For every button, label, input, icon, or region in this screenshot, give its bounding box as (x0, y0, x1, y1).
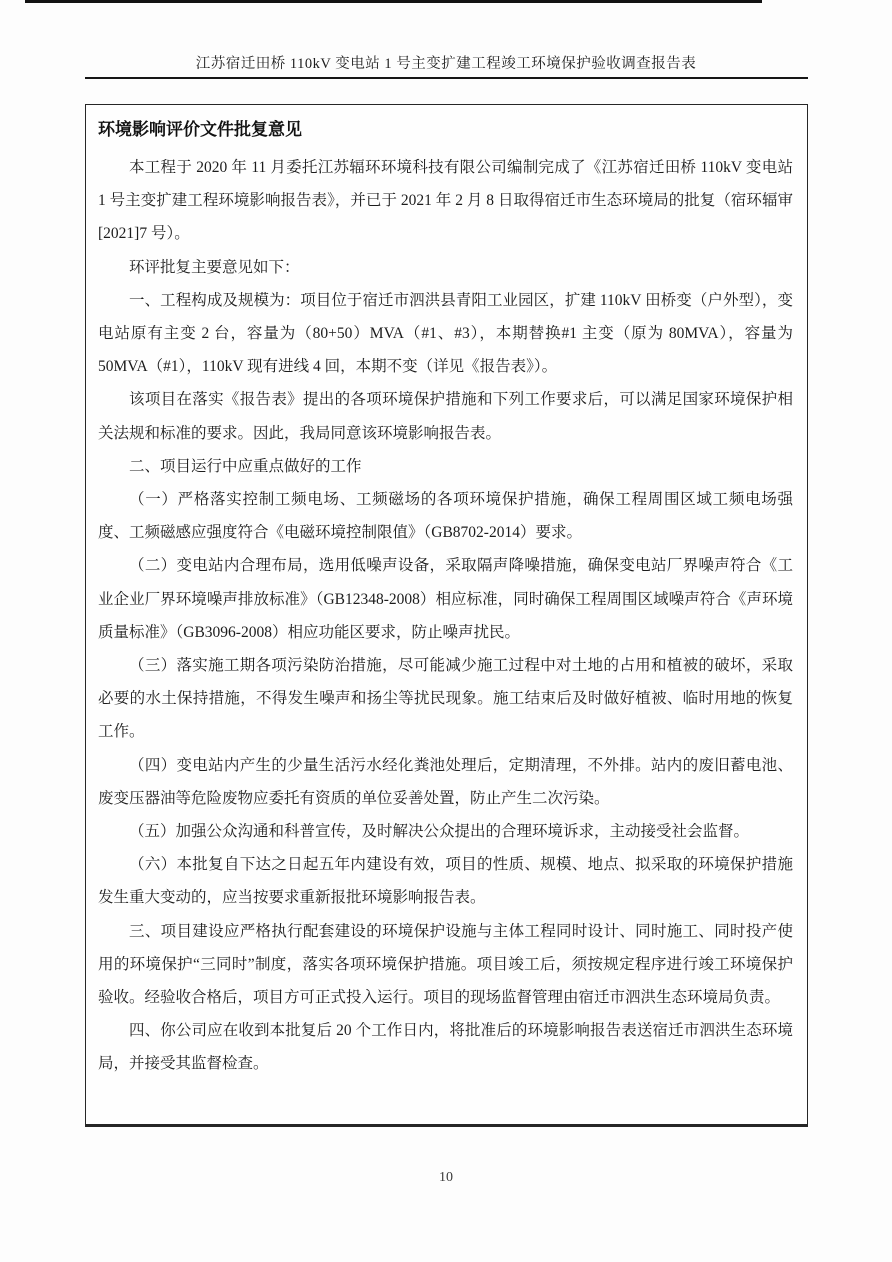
approval-paragraph: 环评批复主要意见如下： (98, 251, 793, 284)
page-number: 10 (0, 1170, 892, 1186)
scan-edge-line (25, 0, 762, 3)
report-header-title: 江苏宿迁田桥 110kV 变电站 1 号主变扩建工程竣工环境保护验收调查报告表 (0, 52, 892, 73)
approval-paragraph: 本工程于 2020 年 11 月委托江苏辐环环境科技有限公司编制完成了《江苏宿迁… (98, 151, 793, 251)
approval-paragraph: （五）加强公众沟通和科普宣传，及时解决公众提出的合理环境诉求，主动接受社会监督。 (98, 815, 793, 848)
approval-paragraph: （一）严格落实控制工频电场、工频磁场的各项环境保护措施，确保工程周围区域工频电场… (98, 483, 793, 549)
approval-paragraph: （四）变电站内产生的少量生活污水经化粪池处理后，定期清理，不外排。站内的废旧蓄电… (98, 749, 793, 815)
approval-paragraph: 三、项目建设应严格执行配套建设的环境保护设施与主体工程同时设计、同时施工、同时投… (98, 915, 793, 1015)
approval-section-box: 环境影响评价文件批复意见 本工程于 2020 年 11 月委托江苏辐环环境科技有… (85, 104, 808, 1127)
approval-paragraph: （三）落实施工期各项污染防治措施，尽可能减少施工过程中对土地的占用和植被的破坏，… (98, 649, 793, 749)
approval-paragraph: 四、你公司应在收到本批复后 20 个工作日内，将批准后的环境影响报告表送宿迁市泗… (98, 1014, 793, 1080)
header-rule (85, 77, 808, 79)
approval-paragraph: 二、项目运行中应重点做好的工作 (98, 450, 793, 483)
approval-paragraph: （六）本批复自下达之日起五年内建设有效，项目的性质、规模、地点、拟采取的环境保护… (98, 848, 793, 914)
approval-paragraph: 一、工程构成及规模为：项目位于宿迁市泗洪县青阳工业园区，扩建 110kV 田桥变… (98, 284, 793, 384)
section-title: 环境影响评价文件批复意见 (98, 117, 793, 143)
document-page: 江苏宿迁田桥 110kV 变电站 1 号主变扩建工程竣工环境保护验收调查报告表 … (0, 0, 892, 1262)
approval-paragraph: （二）变电站内合理布局，选用低噪声设备，采取隔声降噪措施，确保变电站厂界噪声符合… (98, 549, 793, 649)
approval-paragraph: 该项目在落实《报告表》提出的各项环境保护措施和下列工作要求后，可以满足国家环境保… (98, 383, 793, 449)
